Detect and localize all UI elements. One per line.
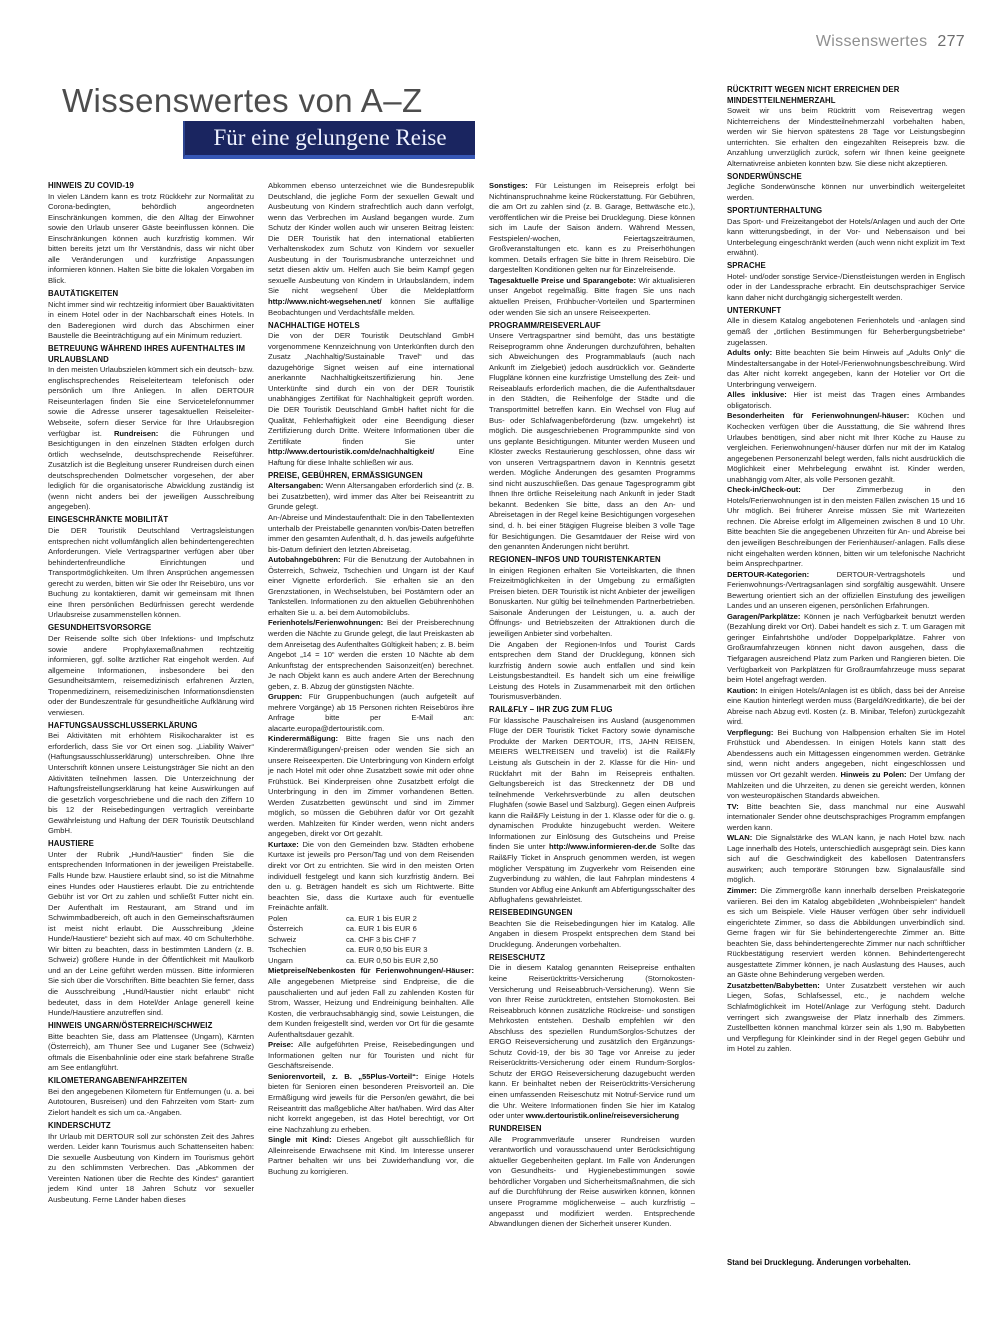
fee-table: Polenca. EUR 1 bis EUR 2Österreichca. EU… (268, 914, 474, 967)
bold-run-in: Kaution: (727, 686, 758, 695)
body-text: Bitte beachten Sie, dass am Plattensee (… (48, 1032, 254, 1073)
section-heading: SONDERWÜNSCHE (727, 172, 965, 183)
section-heading: NACHHALTIGE HOTELS (268, 321, 474, 332)
body-text: Bitte beachten Sie, dass manchmal nur ei… (727, 802, 965, 832)
section-heading: RUNDREISEN (489, 1124, 695, 1135)
paragraph: Hotel- und/oder sonstige Service-/Dienst… (727, 272, 965, 304)
bold-run-in: WLAN: (727, 833, 752, 842)
body-text: Der Reisende sollte sich über Infektions… (48, 634, 254, 717)
bold-run-in: Tagesaktuelle Preise und Sparangebote: (489, 276, 636, 285)
bold-run-in: Verpflegung: (727, 728, 773, 737)
bold-run-in: Rundreisen: (114, 429, 158, 438)
text-column-4: RÜCKTRITT WEGEN NICHT ERREICHEN DER MIND… (727, 85, 965, 1055)
body-text: Für Leistungen im Reisepreis erfolgt bei… (489, 181, 695, 274)
fee-amount: ca. EUR 0,50 bis EUR 2,50 (346, 956, 474, 967)
body-text: Können je nach Verfügbarkeit benutzt wer… (727, 612, 965, 684)
fee-country: Schweiz (268, 935, 346, 946)
paragraph: Unter der Rubrik „Hund/Haustier“ finden … (48, 850, 254, 1019)
section-heading: REISEBEDINGUNGEN (489, 908, 695, 919)
paragraph: Mietpreise/Nebenkosten für Ferienwohnung… (268, 966, 474, 1040)
paragraph: Kurtaxe: Die von den Gemeinden bzw. Städ… (268, 840, 474, 914)
section-heading: BAUTÄTIGKEITEN (48, 289, 254, 300)
body-text: Die Zimmergröße kann innerhalb derselben… (727, 886, 965, 979)
paragraph: Kaution: In einigen Hotels/Anlagen ist e… (727, 686, 965, 728)
section-heading: UNTERKUNFT (727, 306, 965, 317)
section-heading: RÜCKTRITT WEGEN NICHT ERREICHEN DER MIND… (727, 85, 965, 106)
body-text: In einigen Regionen erhalten Sie Vorteil… (489, 566, 695, 638)
paragraph: Besonderheiten für Ferienwohnungen/-häus… (727, 411, 965, 485)
paragraph: Das Sport- und Freizeitangebot der Hotel… (727, 217, 965, 259)
paragraph: Bei den angegebenen Kilometern für Entfe… (48, 1087, 254, 1119)
fee-table-row: Österreichca. EUR 1 bis EUR 6 (268, 924, 474, 935)
section-heading: SPORT/UNTERHALTUNG (727, 206, 965, 217)
bold-run-in: Check-in/Check-out: (727, 485, 801, 494)
fee-amount: ca. EUR 1 bis EUR 6 (346, 924, 474, 935)
text-column-2: Abkommen ebenso unterzeichnet wie die Bu… (268, 181, 474, 1177)
body-text: die Führungen und Besichtigungen in den … (48, 429, 254, 512)
paragraph: In vielen Ländern kann es trotz Rückkehr… (48, 192, 254, 287)
bold-run-in: http://www.informieren-der.de (549, 842, 656, 851)
section-heading: KINDERSCHUTZ (48, 1121, 254, 1132)
paragraph: Der Reisende sollte sich über Infektions… (48, 634, 254, 718)
paragraph: Garagen/Parkplätze: Können je nach Verfü… (727, 612, 965, 686)
paragraph: Adults only: Bitte beachten Sie beim Hin… (727, 348, 965, 390)
paragraph: Zusatzbetten/Babybetten: Unter Zusatzbet… (727, 981, 965, 1055)
paragraph: Preise: Alle aufgeführten Preise, Reiseb… (268, 1040, 474, 1072)
body-text: Soweit wir uns beim Rücktritt vom Reisev… (727, 106, 965, 168)
paragraph: TV: Bitte beachten Sie, dass manchmal nu… (727, 802, 965, 834)
body-text: Beachten Sie die Reisebedingungen hier i… (489, 919, 695, 949)
body-text: Bei der Preisberechnung werden die Nächt… (268, 618, 474, 690)
body-text: Jegliche Sonderwünsche können nur unverb… (727, 182, 965, 202)
fee-amount: ca. CHF 3 bis CHF 7 (346, 935, 474, 946)
bold-run-in: Hinweis zu Polen: (841, 770, 907, 779)
paragraph: Altersangaben: Wenn Altersangaben erford… (268, 481, 474, 513)
paragraph: Soweit wir uns beim Rücktritt vom Reisev… (727, 106, 965, 169)
banner-label: Für eine gelungene Reise (213, 125, 446, 151)
fee-table-row: Ungarnca. EUR 0,50 bis EUR 2,50 (268, 956, 474, 967)
page-number: 277 (937, 33, 965, 50)
paragraph: Kinderermäßigung: Bitte fragen Sie uns n… (268, 734, 474, 839)
paragraph: Ferienhotels/Ferienwohnungen: Bei der Pr… (268, 618, 474, 692)
body-text: Ihr Urlaub mit DERTOUR soll zur schönste… (48, 1132, 254, 1204)
fee-table-row: Tschechienca. EUR 0,50 bis EUR 3 (268, 945, 474, 956)
section-heading: HINWEIS ZU COVID-19 (48, 181, 254, 192)
section-heading: RAIL&FLY – IHR ZUG ZUM FLUG (489, 705, 695, 716)
fee-country: Österreich (268, 924, 346, 935)
body-text: Das Sport- und Freizeitangebot der Hotel… (727, 217, 965, 258)
paragraph: Sonstiges: Für Leistungen im Reisepreis … (489, 181, 695, 276)
paragraph: DERTOUR-Kategorien: DERTOUR-Vertragshote… (727, 570, 965, 612)
bold-run-in: Alles inklusive: (727, 390, 787, 399)
fee-amount: ca. EUR 1 bis EUR 2 (346, 914, 474, 925)
section-heading: SPRACHE (727, 261, 965, 272)
section-banner: Für eine gelungene Reise (183, 121, 475, 159)
section-heading: HINWEIS UNGARN/ÖSTERREICH/SCHWEIZ (48, 1021, 254, 1032)
section-heading: KILOMETERANGABEN/FAHRZEITEN (48, 1076, 254, 1087)
paragraph: Bei Aktivitäten mit erhöhtem Risikochara… (48, 731, 254, 836)
paragraph: In einigen Regionen erhalten Sie Vorteil… (489, 566, 695, 640)
fee-table-row: Polenca. EUR 1 bis EUR 2 (268, 914, 474, 925)
bold-run-in: Kurtaxe: (268, 840, 299, 849)
body-text: Bitte fragen Sie uns nach den Kinderermä… (268, 734, 474, 838)
paragraph: Verpflegung: Bei Buchung von Halbpension… (727, 728, 965, 802)
body-text: Einige Hotels bieten für Senioren einen … (268, 1072, 474, 1134)
section-heading: EINGESCHRÄNKTE MOBILITÄT (48, 515, 254, 526)
paragraph: Alle Programmverläufe unserer Rundreisen… (489, 1135, 695, 1230)
paragraph: Beachten Sie die Reisebedingungen hier i… (489, 919, 695, 951)
text-column-1: HINWEIS ZU COVID-19In vielen Ländern kan… (48, 181, 254, 1205)
body-text: Für die Benutzung der Autobahnen in Öste… (268, 555, 474, 617)
paragraph: Jegliche Sonderwünsche können nur unverb… (727, 182, 965, 203)
bold-run-in: TV: (727, 802, 739, 811)
body-text: Die in diesem Katalog genannten Reisepre… (489, 963, 695, 1120)
bold-run-in: Sonstiges: (489, 181, 528, 190)
bold-run-in: Ferienhotels/Ferienwohnungen: (268, 618, 383, 627)
body-text: Alle in diesem Katalog angebotenen Ferie… (727, 316, 965, 346)
section-heading: HAFTUNGSAUSSCHLUSSERKLÄRUNG (48, 721, 254, 732)
section-heading: PROGRAMM/REISEVERLAUF (489, 321, 695, 332)
section-heading: REGIONEN–INFOS UND TOURISTENKARTEN (489, 555, 695, 566)
body-text: Alle angegebenen Mietpreise sind Endprei… (268, 977, 474, 1039)
body-text: Bei den angegebenen Kilometern für Entfe… (48, 1087, 254, 1117)
body-text: Die Angaben der Regionen-Infos und Touri… (489, 640, 695, 702)
body-text: Küchen und Kochecken verfügen über die A… (727, 411, 965, 483)
bold-run-in: DERTOUR-Kategorien: (727, 570, 809, 579)
paragraph: Gruppen: Für Gruppenbuchungen (auch aufg… (268, 692, 474, 734)
body-text: In einigen Hotels/Anlagen ist es üblich,… (727, 686, 965, 727)
body-text: Die DER Touristik Deutschland Vertragsle… (48, 526, 254, 619)
paragraph: Check-in/Check-out: Der Zimmerbezug in d… (727, 485, 965, 569)
body-text: Hotel- und/oder sonstige Service-/Dienst… (727, 272, 965, 302)
fee-country: Ungarn (268, 956, 346, 967)
bold-run-in: http://www.nicht-wegsehen.net/ (268, 297, 382, 306)
body-text: Alle aufgeführten Preise, Reisebedingung… (268, 1040, 474, 1070)
paragraph: Ihr Urlaub mit DERTOUR soll zur schönste… (48, 1132, 254, 1206)
bold-run-in: Seniorenvorteil, z. B. „55Plus-Vorteil“: (268, 1072, 418, 1081)
section-heading: BETREUUNG WÄHREND IHRES AUFENTHALTES IM … (48, 344, 254, 365)
bold-run-in: Zusatzbetten/Babybetten: (727, 981, 820, 990)
body-text: An-/Abreise und Mindestaufenthalt: Die i… (268, 513, 474, 554)
paragraph: Alle in diesem Katalog angebotenen Ferie… (727, 316, 965, 348)
paragraph: Single mit Kind: Dieses Angebot gilt aus… (268, 1135, 474, 1177)
fee-country: Polen (268, 914, 346, 925)
paragraph: Autobahngebühren: Für die Benutzung der … (268, 555, 474, 618)
body-text: Nicht immer sind wir rechtzeitig informi… (48, 300, 254, 341)
body-text: Die Signalstärke des WLAN kann, je nach … (727, 833, 965, 884)
body-text: Der Zimmerbezug in den Hotels/Ferienwohn… (727, 485, 965, 568)
bold-run-in: Autobahngebühren: (268, 555, 341, 564)
paragraph: Seniorenvorteil, z. B. „55Plus-Vorteil“:… (268, 1072, 474, 1135)
bold-run-in: Mietpreise/Nebenkosten für Ferienwohnung… (268, 966, 474, 975)
paragraph: Die in diesem Katalog genannten Reisepre… (489, 963, 695, 1121)
paragraph: Nicht immer sind wir rechtzeitig informi… (48, 300, 254, 342)
bold-run-in: Kinderermäßigung: (268, 734, 338, 743)
bold-run-in: Single mit Kind: (268, 1135, 332, 1144)
bold-run-in: Zimmer: (727, 886, 757, 895)
body-text: Abkommen ebenso unterzeichnet wie die Bu… (268, 181, 474, 295)
section-heading: HAUSTIERE (48, 839, 254, 850)
text-column-3: Sonstiges: Für Leistungen im Reisepreis … (489, 181, 695, 1230)
bold-run-in: Gruppen: (268, 692, 302, 701)
paragraph: In den meisten Urlaubszielen kümmert sic… (48, 365, 254, 513)
paragraph: Die DER Touristik Deutschland Vertragsle… (48, 526, 254, 621)
page-title: Wissenswertes von A–Z (62, 82, 423, 120)
paragraph: Abkommen ebenso unterzeichnet wie die Bu… (268, 181, 474, 318)
bold-run-in: Garagen/Parkplätze: (727, 612, 800, 621)
paragraph: Unsere Vertragspartner sind bemüht, das … (489, 331, 695, 552)
paragraph: An-/Abreise und Mindestaufenthalt: Die i… (268, 513, 474, 555)
catalog-page: Wissenswertes277 Wissenswertes von A–Z F… (0, 0, 1000, 1333)
body-text: Unter der Rubrik „Hund/Haustier“ finden … (48, 850, 254, 1017)
body-text: Bei Aktivitäten mit erhöhtem Risikochara… (48, 731, 254, 835)
paragraph: Für klassische Pauschalreisen ins Auslan… (489, 716, 695, 906)
fee-amount: ca. EUR 0,50 bis EUR 3 (346, 945, 474, 956)
section-heading: PREISE, GEBÜHREN, ERMÄSSIGUNGEN (268, 471, 474, 482)
body-text: Sollte das Rail&Fly Ticket in Anspruch g… (489, 842, 695, 904)
paragraph: Bitte beachten Sie, dass am Plattensee (… (48, 1032, 254, 1074)
paragraph: Alles inklusive: Hier ist meist das Trag… (727, 390, 965, 411)
body-text: Die von der DER Touristik Deutschland Gm… (268, 331, 474, 445)
section-heading: GESUNDHEITSVORSORGE (48, 623, 254, 634)
page-header: Wissenswertes277 (816, 33, 965, 51)
paragraph: Die Angaben der Regionen-Infos und Touri… (489, 640, 695, 703)
fee-country: Tschechien (268, 945, 346, 956)
body-text: Unsere Vertragspartner sind bemüht, das … (489, 331, 695, 551)
body-text: In vielen Ländern kann es trotz Rückkehr… (48, 192, 254, 285)
paragraph: Die von der DER Touristik Deutschland Gm… (268, 331, 474, 468)
bold-run-in: Altersangaben: (268, 481, 323, 490)
bold-run-in: http://www.dertouristik.com/de/nachhalti… (268, 447, 434, 456)
body-text: Alle Programmverläufe unserer Rundreisen… (489, 1135, 695, 1228)
paragraph: Tagesaktuelle Preise und Sparangebote: W… (489, 276, 695, 318)
body-text: Die von den Gemeinden bzw. Städten erhob… (268, 840, 474, 912)
paragraph: WLAN: Die Signalstärke des WLAN kann, je… (727, 833, 965, 886)
bold-run-in: Adults only: (727, 348, 772, 357)
page-header-label: Wissenswertes (816, 33, 927, 50)
bold-run-in: www.dertouristik.online/reiseversicherun… (526, 1111, 679, 1120)
print-status-note: Stand bei Drucklegung. Änderungen vorbeh… (727, 1258, 965, 1267)
section-heading: REISESCHUTZ (489, 953, 695, 964)
bold-run-in: Preise: (268, 1040, 293, 1049)
bold-run-in: Besonderheiten für Ferienwohnungen/-häus… (727, 411, 909, 420)
fee-table-row: Schweizca. CHF 3 bis CHF 7 (268, 935, 474, 946)
paragraph: Zimmer: Die Zimmergröße kann innerhalb d… (727, 886, 965, 981)
body-text: Unter Zusatzbett verstehen wir auch Lieg… (727, 981, 965, 1053)
body-text: Für klassische Pauschalreisen ins Auslan… (489, 716, 695, 852)
body-text: In den meisten Urlaubszielen kümmert sic… (48, 365, 254, 437)
